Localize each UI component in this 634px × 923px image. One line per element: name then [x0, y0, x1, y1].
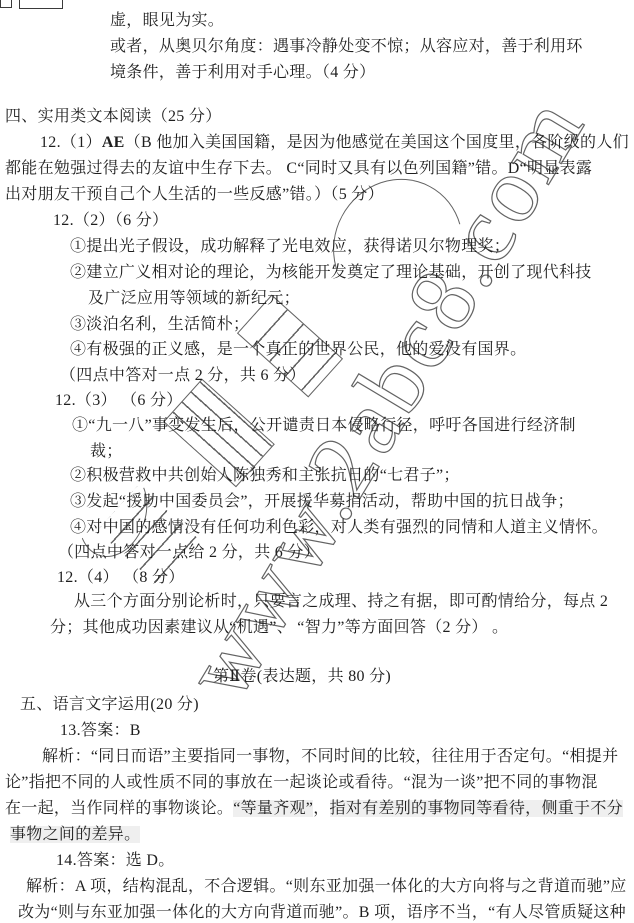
text-run: （B 他加入美国国籍，是因为他感觉在美国这个国度里，各阶级的人们: [125, 134, 629, 151]
text-run: （四点中答对一点 2 分，共 6 分）: [60, 367, 306, 384]
text-run: 虚，眼见为实。: [110, 12, 224, 29]
text-line: ④有极强的正义感，是一个真正的世界公民，他的爱没有国界。: [70, 339, 526, 360]
text-run: 或者，从奥贝尔角度：遇事冷静处变不惊；从容应对，善于利用环: [110, 38, 583, 55]
text-line: 改为“则与东亚加强一体化的大方向背道而驰”。B 项，语序不当，“有人尽管质疑这种: [18, 902, 626, 923]
text-line: 14.答案：选 D。: [56, 850, 175, 871]
text-line: 12.（3） （6 分）: [55, 390, 183, 411]
text-run: （四点中答对一点给 2 分，共 6 分）: [58, 544, 320, 561]
text-line: 第Ⅱ卷(表达题，共 80 分): [213, 666, 391, 687]
text-run: 五、语言文字运用(20 分): [20, 696, 199, 713]
text-line: 12.（4） （8 分）: [57, 567, 185, 588]
text-run: 论”指把不同的人或性质不同的事放在一起谈论或看待。“混为一谈”把不同的事物混: [5, 774, 598, 791]
text-line: ①“九一八”事变发生后，公开谴责日本侵略行径，呼吁各国进行经济制: [72, 415, 576, 436]
text-line: ③淡泊名利，生活简朴；: [70, 314, 249, 335]
text-line: 出对朋友干预自己个人生活的一些反感”错。）（5 分）: [5, 184, 384, 205]
text-run: 14.答案：选 D。: [56, 852, 175, 869]
text-run: ④对中国的感情没有任何功利色彩，对人类有强烈的同情和人道主义情怀。: [70, 519, 608, 536]
text-run: ④有极强的正义感，是一个真正的世界公民，他的爱没有国界。: [70, 341, 526, 358]
text-line: ②积极营救中共创始人陈独秀和主张抗日的“七君子”；: [70, 465, 460, 486]
text-line: ②建立广义相对论的理论，为核能开发奠定了理论基础，开创了现代科技: [70, 262, 592, 283]
text-line: 事物之间的差异。: [10, 824, 140, 845]
text-line: 解析：“同日而语”主要指同一事物，不同时间的比较，往往用于否定句。“相提并: [42, 746, 618, 767]
text-line: ④对中国的感情没有任何功利色彩，对人类有强烈的同情和人道主义情怀。: [70, 517, 608, 538]
text-run: 解析：“同日而语”主要指同一事物，不同时间的比较，往往用于否定句。“相提并: [42, 748, 618, 765]
text-line: 及广泛应用等领域的新纪元；: [88, 288, 300, 309]
text-line: 或者，从奥贝尔角度：遇事冷静处变不惊；从容应对，善于利用环: [110, 36, 583, 57]
text-line: ①提出光子假设，成功解释了光电效应，获得诺贝尔物理奖；: [70, 236, 510, 257]
text-line: （四点中答对一点给 2 分，共 6 分）: [58, 542, 320, 563]
text-run: ③淡泊名利，生活简朴；: [70, 316, 249, 333]
text-run: ，: [313, 800, 329, 817]
text-run: 在一起，当作同样的事物谈论。: [5, 800, 233, 817]
text-line: 在一起，当作同样的事物谈论。“等量齐观”，指对有差别的事物同等看待，侧重于不分: [5, 798, 623, 819]
text-run: 从三个方面分别论析时，只要言之成理、持之有据，即可酌情给分，每点 2: [74, 593, 608, 610]
text-run: 12.（3） （6 分）: [55, 392, 183, 409]
text-line: ③发起“援助中国委员会”，开展援华募捐活动，帮助中国的抗日战争；: [70, 491, 574, 512]
text-line: 12.（2）（6 分）: [53, 210, 168, 231]
text-line: 从三个方面分别论析时，只要言之成理、持之有据，即可酌情给分，每点 2: [74, 591, 608, 612]
text-run: 12.（2）（6 分）: [53, 212, 168, 229]
text-run: ①“九一八”事变发生后，公开谴责日本侵略行径，呼吁各国进行经济制: [72, 417, 576, 434]
text-line: 解析：A 项，结构混乱，不合逻辑。“则东亚加强一体化的大方向将与之背道而驰”应: [26, 876, 627, 897]
text-line: （四点中答对一点 2 分，共 6 分）: [60, 365, 306, 386]
text-run: ②积极营救中共创始人陈独秀和主张抗日的“七君子”；: [70, 467, 460, 484]
text-line: 论”指把不同的人或性质不同的事放在一起谈论或看待。“混为一谈”把不同的事物混: [5, 772, 598, 793]
text-line: 都能在勉强过得去的友谊中生存下去。 C“同时又具有以色列国籍”错。D“明显表露: [5, 158, 592, 179]
text-run: 12.（1）: [40, 134, 102, 151]
top-left-table-fragment: [19, 0, 63, 9]
text-line: 12.（1）AE（B 他加入美国国籍，是因为他感觉在美国这个国度里，各阶级的人们: [40, 132, 629, 153]
text-line: 分；其他成功因素建议从“机遇”、 “智力”等方面回答（2 分） 。: [50, 617, 508, 638]
text-run: 四、实用类文本阅读（25 分）: [5, 108, 222, 125]
text-run: 改为“则与东亚加强一体化的大方向背道而驰”。B 项，语序不当，“有人尽管质疑这种: [18, 904, 626, 921]
text-run: 分；其他成功因素建议从“机遇”、 “智力”等方面回答（2 分） 。: [50, 619, 508, 636]
text-run: ①提出光子假设，成功解释了光电效应，获得诺贝尔物理奖；: [70, 238, 510, 255]
document-page: www.2abc8.com 虚，眼见为实。或者，从奥贝尔角度：遇事冷静处变不惊；…: [0, 0, 634, 923]
top-left-box-fragment: [0, 0, 12, 8]
text-line: 裁；: [90, 441, 123, 462]
text-run: 裁；: [90, 443, 123, 460]
text-run: AE: [102, 134, 125, 151]
text-run: 13.答案：B: [60, 722, 141, 739]
text-run: 及广泛应用等领域的新纪元；: [88, 290, 300, 307]
text-run: ③发起“援助中国委员会”，开展援华募捐活动，帮助中国的抗日战争；: [70, 493, 574, 510]
text-run: 解析：A 项，结构混乱，不合逻辑。“则东亚加强一体化的大方向将与之背道而驰”应: [26, 878, 627, 895]
text-run: “等量齐观”: [233, 800, 313, 817]
text-run: 第Ⅱ卷(表达题，共 80 分): [213, 668, 391, 685]
text-line: 五、语言文字运用(20 分): [20, 694, 199, 715]
text-run: 事物之间的差异。: [10, 826, 140, 843]
text-line: 虚，眼见为实。: [110, 10, 224, 31]
text-run: 出对朋友干预自己个人生活的一些反感”错。）（5 分）: [5, 186, 384, 203]
text-run: 侧重于不分: [541, 800, 623, 817]
text-run: 指对有差别的事物同等看待，: [330, 800, 542, 817]
text-layer: 虚，眼见为实。或者，从奥贝尔角度：遇事冷静处变不惊；从容应对，善于利用环境条件，…: [0, 0, 634, 923]
text-line: 四、实用类文本阅读（25 分）: [5, 106, 222, 127]
text-run: 都能在勉强过得去的友谊中生存下去。 C“同时又具有以色列国籍”错。D“明显表露: [5, 160, 592, 177]
text-line: 13.答案：B: [60, 720, 141, 741]
text-run: 境条件，善于利用对手心理。（4 分）: [110, 64, 375, 81]
text-run: 12.（4） （8 分）: [57, 569, 185, 586]
text-line: 境条件，善于利用对手心理。（4 分）: [110, 62, 375, 83]
text-run: ②建立广义相对论的理论，为核能开发奠定了理论基础，开创了现代科技: [70, 264, 592, 281]
